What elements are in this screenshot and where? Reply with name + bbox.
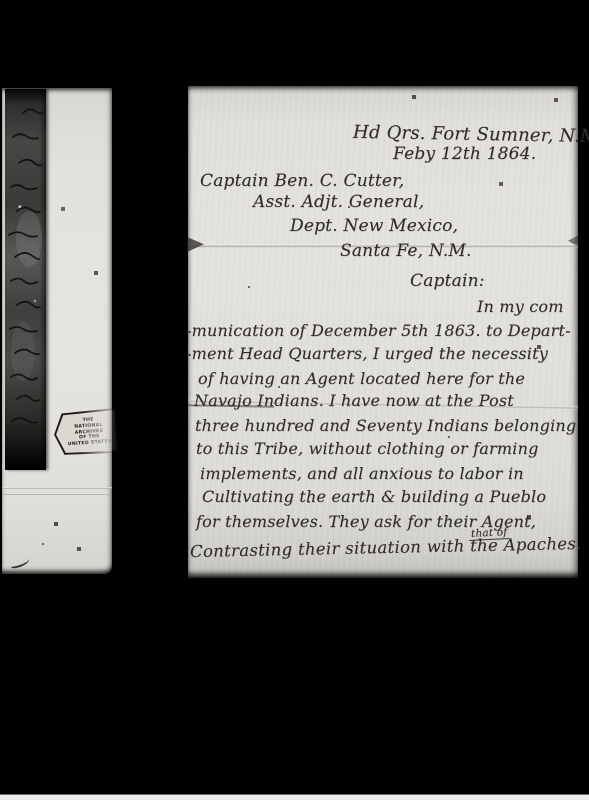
left-paper-fold-line	[2, 487, 112, 489]
addressee-city: Santa Fe, N.M.	[340, 241, 472, 261]
paper-specks	[2, 88, 4, 90]
letter-line: of having an Agent located here for the	[198, 369, 525, 388]
letter-line: In my com	[477, 297, 564, 316]
letter-page: Hd Qrs. Fort Sumner, N.M. Feby 12th 1864…	[188, 86, 578, 578]
paper-specks	[188, 86, 190, 88]
salutation: Captain:	[410, 271, 485, 291]
addressee-dept: Dept. New Mexico,	[290, 216, 458, 236]
letter-line: to this Tribe, without clothing or farmi…	[196, 439, 539, 458]
stamp-line: UNITED STATES	[68, 440, 112, 449]
archival-scan-view: THE NATIONAL ARCHIVES OF THE UNITED STAT…	[0, 0, 589, 800]
interline-insertion: that of	[469, 526, 510, 541]
letter-line: three hundred and Seventy Indians belong…	[195, 416, 576, 435]
stamp-text: THE NATIONAL ARCHIVES OF THE UNITED STAT…	[55, 410, 118, 455]
addressee-title: Asst. Adjt. General,	[253, 192, 424, 212]
illegible-handwriting-fragments	[5, 89, 46, 470]
overlapping-dark-page-photo	[5, 89, 46, 470]
letter-line: -ment Head Quarters, I urged the necessi…	[186, 344, 548, 363]
letter-line: -munication of December 5th 1863. to Dep…	[186, 321, 571, 340]
letter-line: implements, and all anxious to labor in	[200, 464, 524, 483]
left-paper-fold-line-2	[2, 494, 112, 495]
national-archives-stamp: THE NATIONAL ARCHIVES OF THE UNITED STAT…	[53, 408, 120, 457]
scan-bottom-edge	[0, 794, 589, 800]
letter-line: Navajo Indians. I have now at the Post	[194, 391, 514, 410]
addressee-name: Captain Ben. C. Cutter,	[200, 171, 404, 191]
heading-date-line: Feby 12th 1864.	[393, 144, 536, 164]
letter-line: Cultivating the earth & building a Puebl…	[202, 487, 546, 506]
pen-mark	[9, 556, 31, 570]
